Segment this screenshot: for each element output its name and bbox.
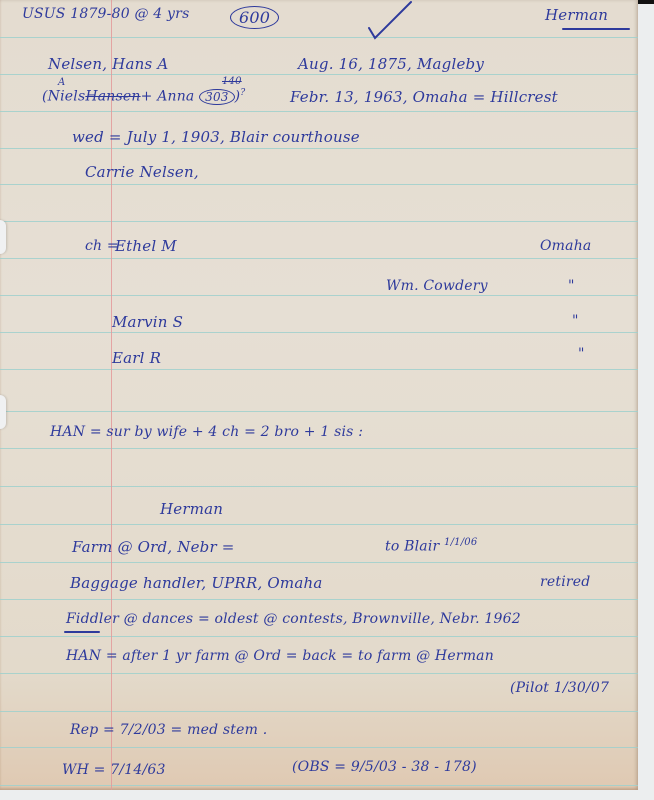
section-heading: Herman [160, 500, 223, 518]
children-label: ch = [85, 238, 119, 254]
farm-note: Farm @ Ord, Nebr = [72, 538, 235, 556]
ruled-line [0, 369, 638, 370]
scan-background-bottom [0, 790, 654, 800]
ruled-line [0, 747, 638, 748]
record-spouse: Carrie Nelsen, [85, 163, 199, 181]
scan-background-corner [638, 0, 654, 4]
record-death: Febr. 13, 1963, Omaha = Hillcrest [290, 88, 558, 106]
child-place: Omaha [540, 238, 591, 254]
ruled-line [0, 258, 638, 259]
ruled-line [0, 148, 638, 149]
check-mark-icon [365, 0, 415, 40]
punch-hole [0, 395, 6, 429]
rep-note: Rep = 7/2/03 = med stem . [70, 722, 267, 738]
child-place-ditto: " [578, 346, 585, 362]
ruled-line [0, 184, 638, 185]
parents-struck-number: 140 [222, 76, 242, 87]
record-parents: (NielsHansen+ Anna 303)? [42, 88, 245, 105]
parents-rest: + Anna [141, 89, 195, 105]
child-name: Ethel M [115, 237, 177, 255]
margin-line [111, 0, 112, 790]
notebook-page: USUS 1879-80 @ 4 yrs 600 Herman Nelsen, … [0, 0, 638, 790]
ruled-line [0, 524, 638, 525]
child-name: Marvin S [112, 313, 183, 331]
ruled-line [0, 37, 638, 38]
ruled-line [0, 673, 638, 674]
ruled-line [0, 74, 638, 75]
ruled-line [0, 599, 638, 600]
ruled-line [0, 111, 638, 112]
ruled-line [0, 448, 638, 449]
job-note: Baggage handler, UPRR, Omaha [70, 574, 323, 592]
child-spouse: Wm. Cowdery [386, 278, 488, 294]
punch-hole [0, 220, 6, 254]
ruled-line [0, 332, 638, 333]
record-wedding: wed = July 1, 1903, Blair courthouse [72, 128, 360, 146]
circled-number-text: 600 [230, 6, 279, 29]
circled-number: 600 [230, 8, 279, 27]
fiddler-note: Fiddler @ dances = oldest @ contests, Br… [66, 611, 521, 627]
parents-prefix: (Niels [42, 89, 85, 105]
ruled-line [0, 295, 638, 296]
surname-tag: Herman [545, 6, 608, 24]
ruled-line [0, 711, 638, 712]
census-note: USUS 1879-80 @ 4 yrs [22, 6, 189, 22]
record-birth: Aug. 16, 1875, Magleby [298, 55, 484, 73]
to-blair-note: to Blair 1/1/06 [385, 537, 477, 555]
scan-background-right [638, 0, 654, 800]
survivors-note: HAN = sur by wife + 4 ch = 2 bro + 1 sis… [50, 424, 363, 440]
wh-note: WH = 7/14/63 [62, 762, 166, 778]
ruled-line [0, 486, 638, 487]
parents-insert-mark: A [58, 77, 65, 88]
ruled-line [0, 562, 638, 563]
ruled-line [0, 785, 638, 786]
death-marker: ? [240, 88, 245, 98]
to-blair-text: to Blair [385, 539, 439, 555]
obs-note: (OBS = 9/5/03 - 38 - 178) [292, 759, 477, 775]
record-name: Nelsen, Hans A [48, 55, 168, 73]
ruled-line [0, 411, 638, 412]
retired-note: retired [540, 574, 590, 590]
parents-struck-surname: Hansen [85, 89, 140, 105]
ruled-line [0, 221, 638, 222]
fiddler-underline [64, 631, 100, 633]
after-note: HAN = after 1 yr farm @ Ord = back = to … [66, 648, 494, 664]
ruled-line [0, 636, 638, 637]
surname-underline [562, 28, 630, 30]
parents-circled-number: 303 [199, 89, 235, 105]
child-name: Earl R [112, 349, 161, 367]
to-blair-date: 1/1/06 [444, 537, 477, 548]
child-place-ditto: " [568, 278, 575, 294]
child-place-ditto: " [572, 313, 579, 329]
pilot-note: (Pilot 1/30/07 [510, 680, 609, 696]
